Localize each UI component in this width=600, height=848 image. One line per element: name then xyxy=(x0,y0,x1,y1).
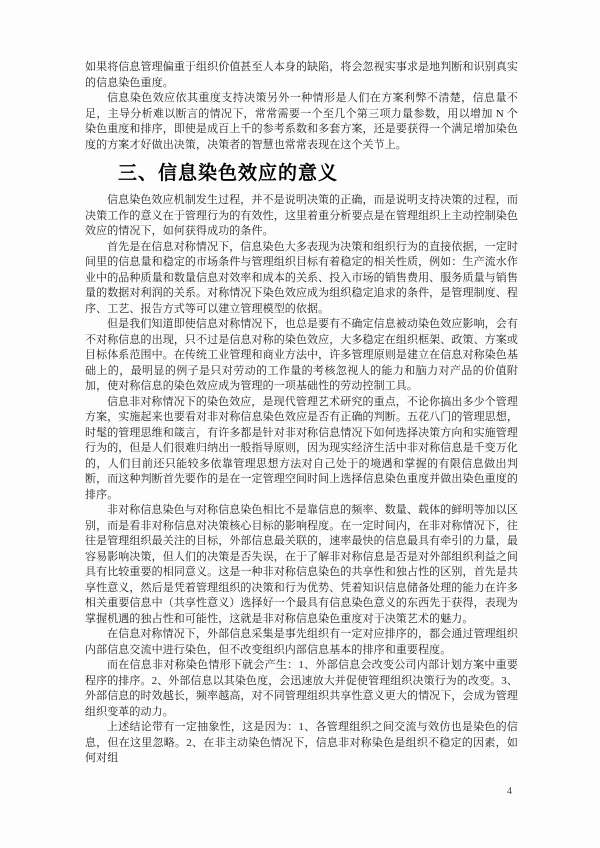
body-paragraph: 非对称信息染色与对称信息染色相比不是靠信息的频率、数量、载体的鲜明等加以区别，而… xyxy=(85,503,518,627)
body-paragraph: 在信息对称情况下，外部信息采集是事先组织有一定对应排序的，都会通过管理组织内部信… xyxy=(85,627,518,658)
text-block: 如果将信息管理偏重于组织价值甚至人本身的缺陷，将会忽视实事求是地判断和识别真实的… xyxy=(85,60,518,767)
body-paragraph: 上述结论带有一定抽象性，这是因为：1、各管理组织之间交流与效仿也是染色的信息，但… xyxy=(85,720,518,767)
body-paragraph: 而在信息非对称染色情形下就会产生：1、外部信息会改变公司内部计划方案中重要程序的… xyxy=(85,658,518,720)
body-paragraph: 信息非对称情况下的染色效应，是现代管理艺术研究的重点，不论你搞出多少个管理方案，… xyxy=(85,395,518,504)
intro-paragraph: 如果将信息管理偏重于组织价值甚至人本身的缺陷，将会忽视实事求是地判断和识别真实的… xyxy=(85,60,518,91)
intro-paragraph: 信息染色效应依其重度支持决策另外一种情形是人们在方案利弊不清楚，信息量不足，主导… xyxy=(85,91,518,153)
page-number: 4 xyxy=(507,786,512,798)
document-page: 如果将信息管理偏重于组织价值甚至人本身的缺陷，将会忽视实事求是地判断和识别真实的… xyxy=(0,0,600,848)
body-paragraph: 但是我们知道即使信息对称情况下，也总是要有不确定信息被动染色效应影响，会有不对称… xyxy=(85,317,518,395)
body-paragraph: 信息染色效应机制发生过程，并不是说明决策的正确，而是说明支持决策的过程，而决策工… xyxy=(85,193,518,240)
body-paragraph: 首先是在信息对称情况下，信息染色大多表现为决策和组织行为的直接依据，一定时间里的… xyxy=(85,240,518,318)
section-heading: 三、信息染色效应的意义 xyxy=(118,162,518,186)
